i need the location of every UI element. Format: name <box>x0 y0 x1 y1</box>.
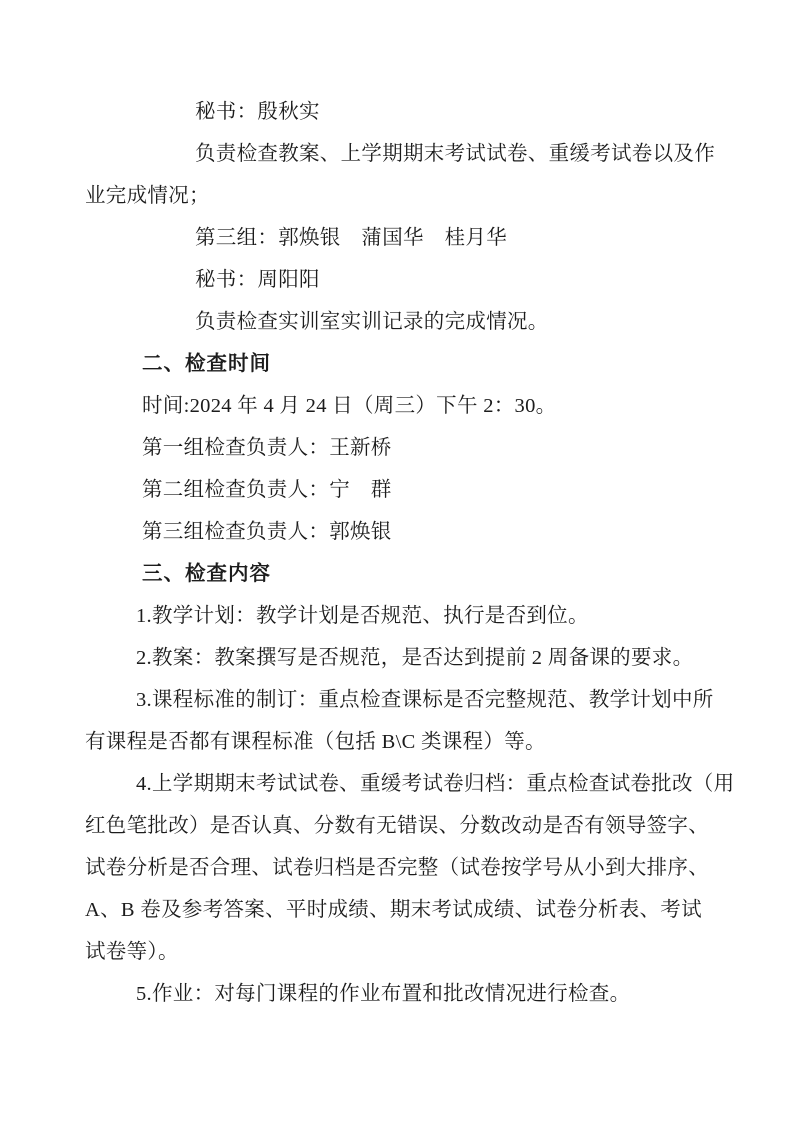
line-secretary-group3: 秘书：周阳阳 <box>85 259 715 301</box>
line-group3-duty: 负责检查实训室实训记录的完成情况。 <box>85 301 715 343</box>
line-group2-duty-part2: 业完成情况； <box>85 175 715 217</box>
heading-inspection-time: 二、检查时间 <box>85 343 715 385</box>
line-leader-group3: 第三组检查负责人：郭焕银 <box>85 511 715 553</box>
line-secretary-group2: 秘书：殷秋实 <box>85 91 715 133</box>
line-group2-duty-part1: 负责检查教案、上学期期末考试试卷、重缓考试卷以及作 <box>85 133 715 175</box>
document-page: 秘书：殷秋实 负责检查教案、上学期期末考试试卷、重缓考试卷以及作 业完成情况； … <box>0 0 793 1122</box>
line-leader-group2: 第二组检查负责人：宁 群 <box>85 469 715 511</box>
line-leader-group1: 第一组检查负责人：王新桥 <box>85 427 715 469</box>
item-4-exam-archive-part4: A、B 卷及参考答案、平时成绩、期末考试成绩、试卷分析表、考试 <box>85 889 715 931</box>
item-2-lesson-plan: 2.教案：教案撰写是否规范，是否达到提前 2 周备课的要求。 <box>85 637 715 679</box>
item-4-exam-archive-part1: 4.上学期期末考试试卷、重缓考试卷归档：重点检查试卷批改（用 <box>85 763 715 805</box>
item-4-exam-archive-part2: 红色笔批改）是否认真、分数有无错误、分数改动是否有领导签字、 <box>85 805 715 847</box>
heading-inspection-content: 三、检查内容 <box>85 553 715 595</box>
item-3-course-standard-part2: 有课程是否都有课程标准（包括 B\C 类课程）等。 <box>85 721 715 763</box>
item-1-teaching-plan: 1.教学计划：教学计划是否规范、执行是否到位。 <box>85 595 715 637</box>
item-3-course-standard-part1: 3.课程标准的制订：重点检查课标是否完整规范、教学计划中所 <box>85 679 715 721</box>
item-5-homework: 5.作业：对每门课程的作业布置和批改情况进行检查。 <box>85 973 715 1015</box>
line-inspection-datetime: 时间:2024 年 4 月 24 日（周三）下午 2：30。 <box>85 385 715 427</box>
line-group3-members: 第三组：郭焕银 蒲国华 桂月华 <box>85 217 715 259</box>
item-4-exam-archive-part3: 试卷分析是否合理、试卷归档是否完整（试卷按学号从小到大排序、 <box>85 847 715 889</box>
item-4-exam-archive-part5: 试卷等）。 <box>85 931 715 973</box>
